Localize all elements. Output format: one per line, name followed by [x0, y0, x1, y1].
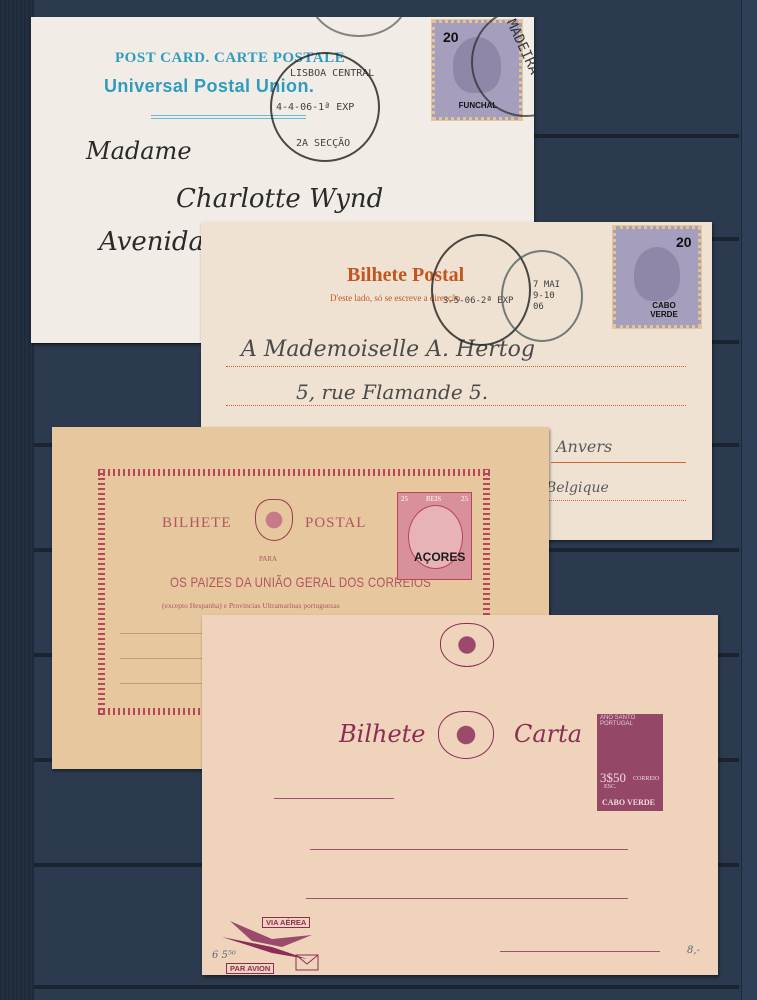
address-line: [541, 500, 686, 501]
card-line-1: OS PAIZES DA UNIÃO GERAL DOS CORREIOS: [170, 574, 431, 590]
par-avion-label: PAR AVION: [226, 963, 274, 974]
address-line: [226, 405, 686, 406]
stamp-country: CABO VERDE: [602, 798, 655, 807]
card-title-left: Bilhete: [339, 720, 426, 748]
address-line: [551, 462, 686, 463]
stamp-value: 25: [401, 495, 408, 503]
address-line: [274, 798, 394, 799]
via-aerea-label: VIA AÉREA: [262, 917, 310, 928]
card-title-right: POSTAL: [305, 515, 366, 532]
stamp-text: REIS: [426, 495, 441, 503]
stamp-value: 20: [443, 29, 459, 45]
handwriting-line: 5, rue Flamande 5.: [296, 380, 488, 404]
card-title-right: Carta: [514, 720, 582, 748]
secao-postmark-icon: [309, 17, 409, 37]
lisboa-postmark-icon: LISBOA CENTRAL 4-4-06-1ª EXP 2A SECÇÃO: [270, 52, 380, 162]
stock-strip: [34, 985, 739, 989]
indicium-stamp: 25 REIS 25 AÇORES: [397, 492, 472, 580]
anvers-postmark-icon: 7 MAI 9-10 06: [501, 250, 583, 342]
stamp-label: CORREIO: [633, 776, 659, 782]
cabo-verde-indicium-stamp: ANO SANTO PORTUGAL 3$50 ESC. CORREIO CAB…: [597, 714, 663, 811]
coat-of-arms-icon: [440, 623, 494, 667]
stamp-text: ANO SANTO PORTUGAL: [600, 715, 663, 727]
pencil-note: 8,-: [687, 945, 700, 956]
airmail-label: VIA AÉREA PAR AVION: [212, 913, 342, 975]
para-label: PARA: [259, 555, 277, 563]
album-edge: [741, 0, 757, 1000]
coat-of-arms-icon: [255, 499, 293, 541]
handwriting-line: Charlotte Wynd: [176, 184, 383, 214]
handwriting-line: Madame: [86, 137, 192, 165]
address-line: [500, 951, 660, 952]
handwriting-line: Avenida: [99, 227, 204, 257]
postmark-text: 2A SECÇÃO: [296, 138, 350, 149]
postmark-text: LISBOA CENTRAL: [290, 68, 374, 79]
pencil-note: 6 5⁵⁰: [212, 950, 236, 961]
stamp-overprint: CABO VERDE: [646, 301, 682, 319]
bilhete-carta-card: Bilhete Carta ANO SANTO PORTUGAL 3$50 ES…: [202, 615, 718, 975]
handwriting-line: Anvers: [556, 437, 612, 456]
address-line: [306, 898, 628, 899]
stamp-value: 20: [676, 234, 692, 250]
postmark-date: 4-4-06-1ª EXP: [276, 102, 354, 113]
card-line-2: (excepto Hespanha) e Provincias Ultramar…: [162, 601, 340, 610]
postmark-text: MADEIRA: [503, 17, 534, 77]
card-border: [98, 469, 105, 715]
stamp-currency: ESC.: [604, 784, 617, 790]
coat-of-arms-icon: [438, 711, 494, 759]
card-border: [98, 469, 490, 476]
album-spine: [0, 0, 34, 1000]
king-portrait-icon: [634, 247, 680, 301]
address-line: [226, 366, 686, 367]
address-line: [310, 849, 628, 850]
card-title-left: BILHETE: [162, 515, 231, 532]
cabo-verde-stamp: 20 CABO VERDE: [613, 226, 701, 328]
stamp-value: 25: [461, 495, 468, 503]
handwriting-line: Belgique: [546, 480, 609, 496]
postmark-date: 7 MAI 9-10 06: [533, 280, 563, 313]
stamp-overprint: AÇORES: [414, 550, 465, 564]
